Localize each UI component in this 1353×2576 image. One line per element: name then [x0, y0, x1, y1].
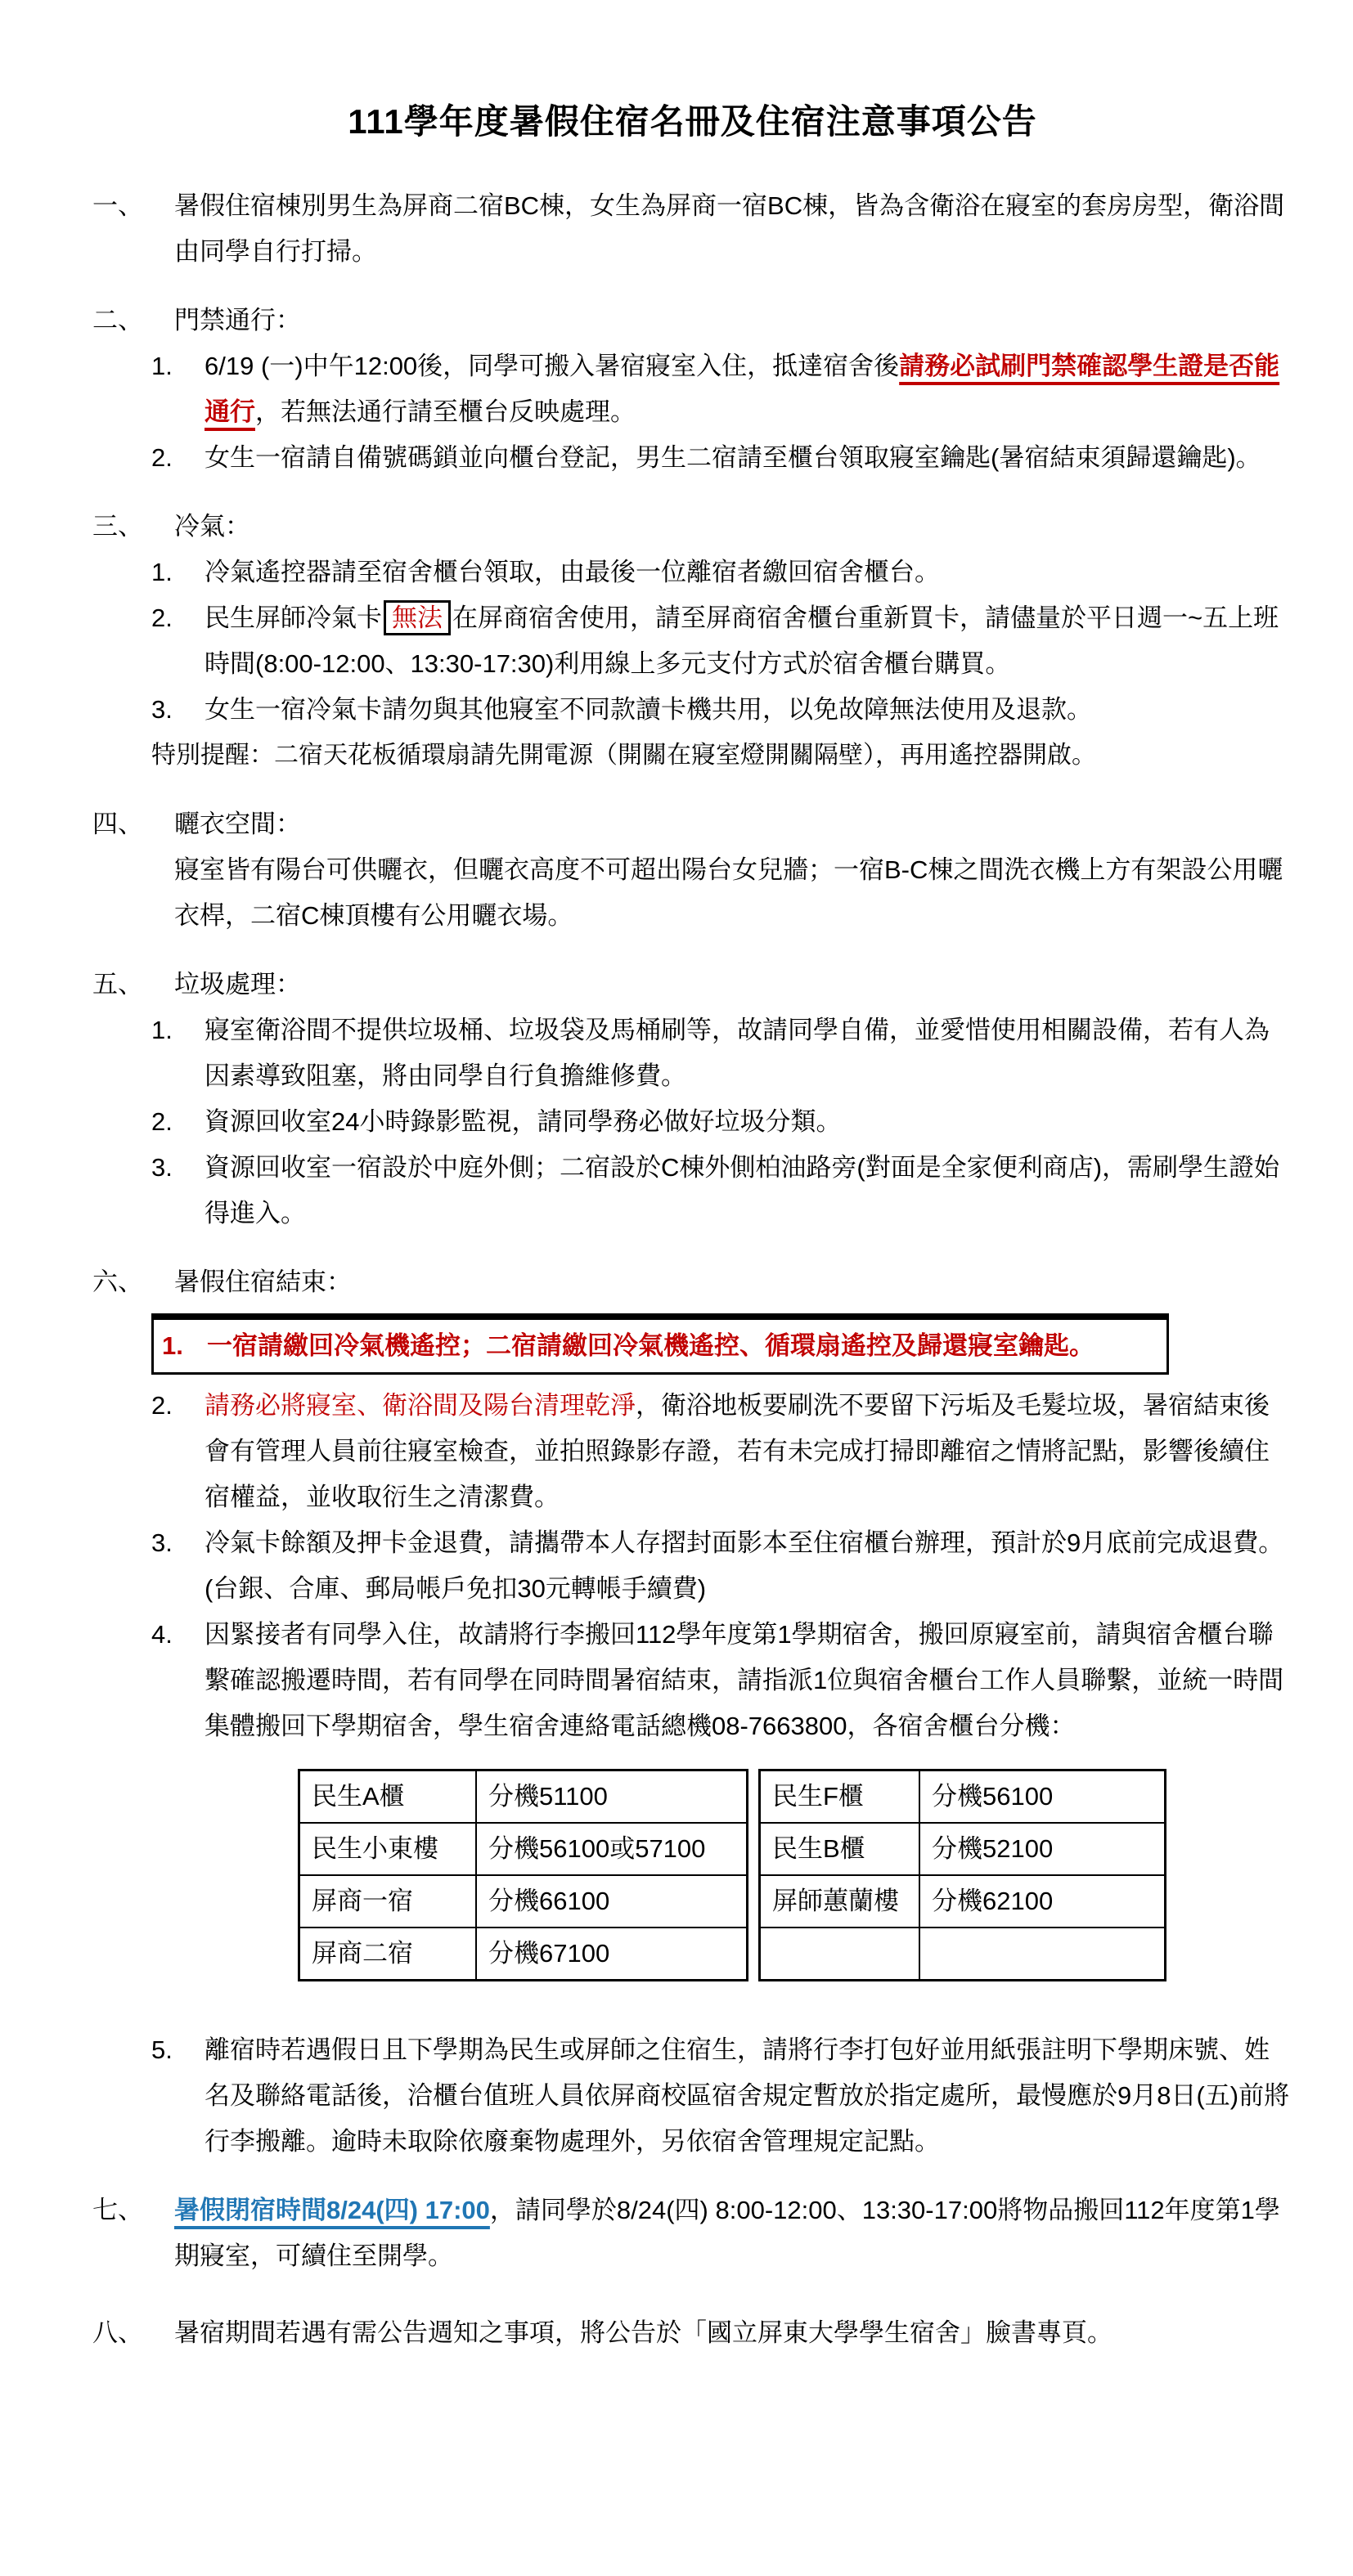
section-3-special-reminder: 特別提醒：二宿天花板循環扇請先開電源（開關在寢室燈開關隔壁），再用遙控器開啟。 — [151, 733, 1292, 779]
section-5-number: 五、 — [92, 962, 174, 1008]
section-3-heading: 冷氣： — [174, 504, 1292, 550]
announcement-document: { "title": "111學年度暑假住宿名冊及住宿注意事項公告", "col… — [0, 0, 1353, 2576]
item-6-1-text: 一宿請繳回冷氣機遙控；二宿請繳回冷氣機遙控、循環扇遙控及歸還寢室鑰匙。 — [207, 1323, 1160, 1369]
item-5-2-text: 資源回收室24小時錄影監視，請同學務必做好垃圾分類。 — [205, 1099, 1292, 1145]
extension-cell: 分機56100或57100 — [476, 1823, 748, 1875]
item-3-3-number: 3. — [151, 687, 205, 733]
extension-cell: 分機67100 — [476, 1928, 748, 1981]
item-6-5-text: 離宿時若遇假日且下學期為民生或屏師之住宿生，請將行李打包好並用紙張註明下學期床號… — [205, 2027, 1292, 2165]
item-6-2-red-emphasis: 請務必將寢室、衛浴間及陽台清理乾淨 — [205, 1391, 636, 1420]
item-2-2-text: 女生一宿請自備號碼鎖並向櫃台登記，男生二宿請至櫃台領取寢室鑰匙(暑宿結束須歸還鑰… — [205, 435, 1292, 481]
section-4-heading: 曬衣空間： — [174, 801, 1292, 847]
dorm-counter-cell: 民生F櫃 — [760, 1770, 920, 1824]
section-4-number: 四、 — [92, 801, 174, 847]
item-3-1-number: 1. — [151, 550, 205, 595]
section-5-heading: 垃圾處理： — [174, 962, 1292, 1008]
section-8: 八、 暑宿期間若遇有需公告週知之事項，將公告於「國立屏東大學學生宿舍」臉書專頁。 — [92, 2310, 1292, 2356]
section-4-text: 寢室皆有陽台可供曬衣，但曬衣高度不可超出陽台女兒牆；一宿B-C棟之間洗衣機上方有… — [174, 847, 1292, 939]
item-5-3-text: 資源回收室一宿設於中庭外側；二宿設於C棟外側柏油路旁(對面是全家便利商店)，需刷… — [205, 1145, 1292, 1236]
item-6-4: 4. 因緊接者有同學入住，故請將行李搬回112學年度第1學期宿舍，搬回原寢室前，… — [151, 1612, 1292, 1749]
section-7: 七、 暑假閉宿時間8/24(四) 17:00，請同學於8/24(四) 8:00-… — [92, 2188, 1292, 2279]
section-1-text: 暑假住宿棟別男生為屏商二宿BC棟，女生為屏商一宿BC棟，皆為含衛浴在寢室的套房房… — [174, 183, 1292, 275]
section-7-blue-emphasis: 暑假閉宿時間8/24(四) 17:00 — [174, 2196, 490, 2224]
section-3: 三、 冷氣： — [92, 504, 1292, 550]
extension-cell: 分機51100 — [476, 1770, 748, 1824]
dorm-counter-cell: 屏商一宿 — [299, 1875, 477, 1928]
item-2-1-post: ，若無法通行請至櫃台反映處理。 — [255, 397, 636, 426]
item-6-1-warning-box: 1. 一宿請繳回冷氣機遙控；二宿請繳回冷氣機遙控、循環扇遙控及歸還寢室鑰匙。 — [151, 1313, 1169, 1375]
table-row: 屏商二宿 分機67100 — [299, 1928, 748, 1981]
item-5-2-number: 2. — [151, 1099, 205, 1145]
section-4: 四、 曬衣空間： 寢室皆有陽台可供曬衣，但曬衣高度不可超出陽台女兒牆；一宿B-C… — [92, 801, 1292, 939]
item-2-1: 1. 6/19 (一)中午12:00後，同學可搬入暑宿寢室入住，抵達宿舍後請務必… — [151, 343, 1292, 435]
section-7-number: 七、 — [92, 2188, 174, 2233]
extension-cell: 分機62100 — [919, 1875, 1166, 1928]
extension-cell: 分機66100 — [476, 1875, 748, 1928]
dorm-counter-cell: 民生小東樓 — [299, 1823, 477, 1875]
extension-cell-empty — [919, 1928, 1166, 1981]
dorm-counter-cell: 屏師蕙蘭樓 — [760, 1875, 920, 1928]
item-3-2-boxed-word: 無法 — [384, 600, 451, 635]
item-6-2-number: 2. — [151, 1383, 205, 1429]
item-3-1: 1. 冷氣遙控器請至宿舍櫃台領取，由最後一位離宿者繳回宿舍櫃台。 — [151, 550, 1292, 595]
section-1: 一、 暑假住宿棟別男生為屏商二宿BC棟，女生為屏商一宿BC棟，皆為含衛浴在寢室的… — [92, 183, 1292, 275]
dorm-counter-cell-empty — [760, 1928, 920, 1981]
section-6-number: 六、 — [92, 1259, 174, 1305]
item-6-5: 5. 離宿時若遇假日且下學期為民生或屏師之住宿生，請將行李打包好並用紙張註明下學… — [151, 2027, 1292, 2165]
item-6-5-kai-note: 逾時未取除依廢棄物處理外，另依宿舍管理規定記點。 — [331, 2127, 940, 2156]
item-5-3: 3. 資源回收室一宿設於中庭外側；二宿設於C棟外側柏油路旁(對面是全家便利商店)… — [151, 1145, 1292, 1236]
item-6-3: 3. 冷氣卡餘額及押卡金退費，請攜帶本人存摺封面影本至住宿櫃台辦理，預計於9月底… — [151, 1520, 1292, 1612]
section-6: 六、 暑假住宿結束： — [92, 1259, 1292, 1305]
table-row: 屏商一宿 分機66100 — [299, 1875, 748, 1928]
extension-cell: 分機56100 — [919, 1770, 1166, 1824]
table-row: 民生B櫃 分機52100 — [760, 1823, 1166, 1875]
section-2-heading: 門禁通行： — [174, 298, 1292, 343]
item-2-1-pre: 6/19 (一)中午12:00後，同學可搬入暑宿寢室入住，抵達宿舍後 — [205, 352, 899, 380]
section-5: 五、 垃圾處理： — [92, 962, 1292, 1008]
item-5-1: 1. 寢室衛浴間不提供垃圾桶、垃圾袋及馬桶刷等，故請同學自備，並愛惜使用相關設備… — [151, 1008, 1292, 1099]
section-2: 二、 門禁通行： — [92, 298, 1292, 343]
section-1-number: 一、 — [92, 183, 174, 229]
item-3-2: 2. 民生屏師冷氣卡無法在屏商宿舍使用，請至屏商宿舍櫃台重新買卡，請儘量於平日週… — [151, 595, 1292, 687]
item-3-3-text: 女生一宿冷氣卡請勿與其他寢室不同款讀卡機共用，以免故障無法使用及退款。 — [205, 687, 1292, 733]
item-2-1-number: 1. — [151, 343, 205, 389]
item-3-2-text: 民生屏師冷氣卡無法在屏商宿舍使用，請至屏商宿舍櫃台重新買卡，請儘量於平日週一~五… — [205, 595, 1292, 687]
item-6-5-number: 5. — [151, 2027, 205, 2073]
section-3-number: 三、 — [92, 504, 174, 550]
item-6-4-text: 因緊接者有同學入住，故請將行李搬回112學年度第1學期宿舍，搬回原寢室前，請與宿… — [205, 1612, 1292, 1749]
section-8-number: 八、 — [92, 2310, 174, 2356]
table-row: 民生F櫃 分機56100 — [760, 1770, 1166, 1824]
extension-cell: 分機52100 — [919, 1823, 1166, 1875]
table-row — [760, 1928, 1166, 1981]
item-6-3-text: 冷氣卡餘額及押卡金退費，請攜帶本人存摺封面影本至住宿櫃台辦理，預計於9月底前完成… — [205, 1520, 1292, 1612]
section-8-text: 暑宿期間若遇有需公告週知之事項，將公告於「國立屏東大學學生宿舍」臉書專頁。 — [174, 2310, 1292, 2356]
item-3-3: 3. 女生一宿冷氣卡請勿與其他寢室不同款讀卡機共用，以免故障無法使用及退款。 — [151, 687, 1292, 733]
table-row: 屏師蕙蘭樓 分機62100 — [760, 1875, 1166, 1928]
table-row: 民生A櫃 分機51100 — [299, 1770, 748, 1824]
item-2-1-text: 6/19 (一)中午12:00後，同學可搬入暑宿寢室入住，抵達宿舍後請務必試刷門… — [205, 343, 1292, 435]
item-5-1-number: 1. — [151, 1008, 205, 1053]
item-2-2-number: 2. — [151, 435, 205, 481]
item-3-2-pre: 民生屏師冷氣卡 — [205, 604, 382, 632]
extension-table-right: 民生F櫃 分機56100 民生B櫃 分機52100 屏師蕙蘭樓 分機62100 — [758, 1769, 1166, 1981]
dorm-counter-cell: 屏商二宿 — [299, 1928, 477, 1981]
dorm-counter-cell: 民生B櫃 — [760, 1823, 920, 1875]
item-6-2: 2. 請務必將寢室、衛浴間及陽台清理乾淨，衛浴地板要刷洗不要留下污垢及毛髮垃圾，… — [151, 1383, 1292, 1520]
item-3-1-text: 冷氣遙控器請至宿舍櫃台領取，由最後一位離宿者繳回宿舍櫃台。 — [205, 550, 1292, 595]
section-6-heading: 暑假住宿結束： — [174, 1259, 1292, 1305]
item-5-3-number: 3. — [151, 1145, 205, 1191]
item-6-4-number: 4. — [151, 1612, 205, 1658]
section-2-number: 二、 — [92, 298, 174, 343]
section-7-text: 暑假閉宿時間8/24(四) 17:00，請同學於8/24(四) 8:00-12:… — [174, 2188, 1292, 2279]
item-2-2: 2. 女生一宿請自備號碼鎖並向櫃台登記，男生二宿請至櫃台領取寢室鑰匙(暑宿結束須… — [151, 435, 1292, 481]
item-6-1-number: 1. — [162, 1323, 207, 1369]
document-title: 111學年度暑假住宿名冊及住宿注意事項公告 — [92, 96, 1292, 147]
extension-table-left: 民生A櫃 分機51100 民生小東樓 分機56100或57100 屏商一宿 分機… — [298, 1769, 748, 1981]
item-3-2-number: 2. — [151, 595, 205, 641]
item-6-2-text: 請務必將寢室、衛浴間及陽台清理乾淨，衛浴地板要刷洗不要留下污垢及毛髮垃圾，暑宿結… — [205, 1383, 1292, 1520]
item-5-2: 2. 資源回收室24小時錄影監視，請同學務必做好垃圾分類。 — [151, 1099, 1292, 1145]
item-5-1-text: 寢室衛浴間不提供垃圾桶、垃圾袋及馬桶刷等，故請同學自備，並愛惜使用相關設備，若有… — [205, 1008, 1292, 1099]
extension-tables: 民生A櫃 分機51100 民生小東樓 分機56100或57100 屏商一宿 分機… — [298, 1769, 1292, 1981]
item-6-3-number: 3. — [151, 1520, 205, 1566]
table-row: 民生小東樓 分機56100或57100 — [299, 1823, 748, 1875]
dorm-counter-cell: 民生A櫃 — [299, 1770, 477, 1824]
